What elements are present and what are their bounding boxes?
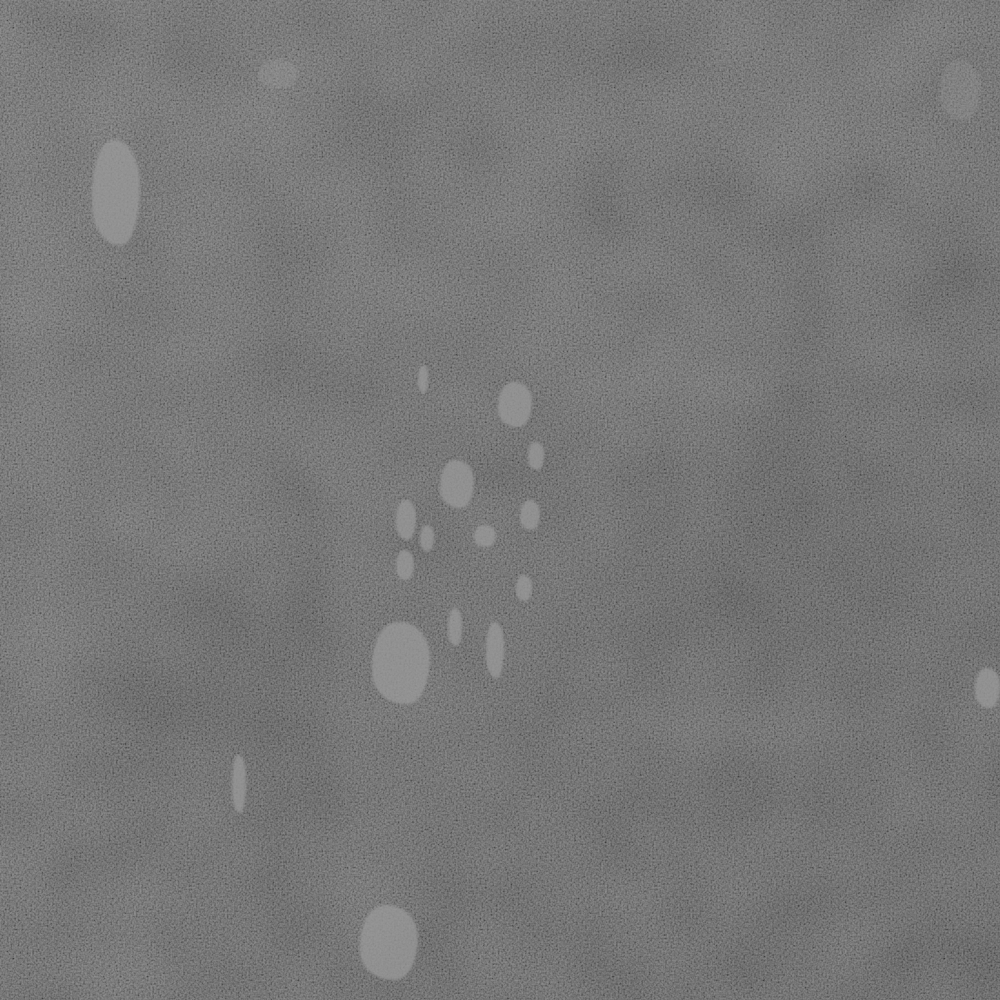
light-patch — [486, 622, 504, 678]
light-patch — [232, 755, 246, 813]
light-patch — [448, 608, 462, 646]
surface-grain — [0, 0, 1000, 1000]
light-patch — [474, 525, 496, 547]
light-patch — [418, 365, 428, 393]
light-patch — [360, 905, 418, 980]
light-patch — [975, 668, 1000, 708]
light-patch — [396, 550, 414, 580]
light-patch — [528, 442, 544, 470]
light-patch — [520, 500, 540, 530]
light-patch — [372, 622, 430, 704]
concrete-texture-photo — [0, 0, 1000, 1000]
light-patch — [516, 575, 532, 601]
light-patch — [92, 140, 140, 245]
light-patch — [940, 60, 980, 120]
light-patch — [440, 460, 474, 508]
light-patch — [420, 525, 434, 551]
light-patch — [258, 60, 298, 88]
light-patch — [396, 500, 416, 540]
light-patch — [498, 382, 532, 427]
